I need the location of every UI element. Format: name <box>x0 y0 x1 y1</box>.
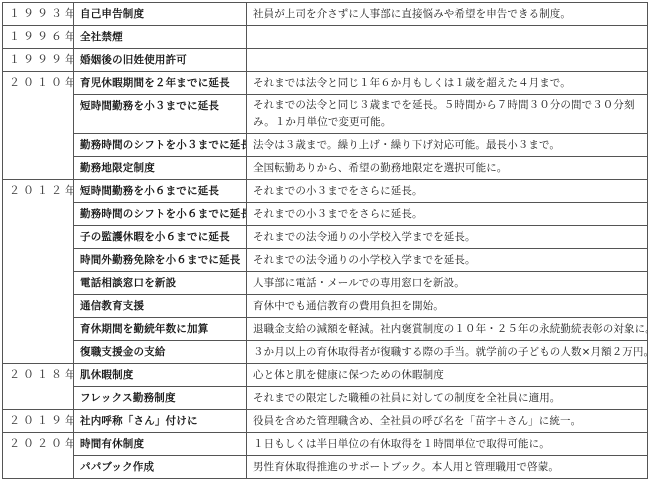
description-cell <box>247 49 648 72</box>
policy-cell: 社内呼称「さん」付けに <box>74 410 247 433</box>
policy-cell: 子の監護休暇を小６までに延長 <box>74 226 247 249</box>
description-cell: ３か月以上の育休取得者が復職する際の手当。就学前の子どもの人数×月額２万円。 <box>247 341 648 364</box>
policy-cell: 勤務時間のシフトを小３までに延長 <box>74 134 247 157</box>
year-cell: ２０１０年 <box>3 72 74 180</box>
description-cell: 社員が上司を介さずに人事部に直接悩みや希望を申告できる制度。 <box>247 3 648 26</box>
policy-cell: 通信教育支援 <box>74 295 247 318</box>
table-row: ２０１９年社内呼称「さん」付けに役員を含めた管理職含め、全社員の呼び名を「苗字＋… <box>3 410 648 433</box>
description-cell: それまでの限定した職種の社員に対しての制度を全社員に適用。 <box>247 387 648 410</box>
year-cell: ２０１９年 <box>3 410 74 433</box>
description-cell: それまでの法令通りの小学校入学までを延長。 <box>247 226 648 249</box>
policy-cell: フレックス勤務制度 <box>74 387 247 410</box>
policy-cell: 復職支援金の支給 <box>74 341 247 364</box>
table-row: 短時間勤務を小３までに延長それまでの法令と同じ３歳までを延長。５時間から７時間３… <box>3 95 648 134</box>
year-cell: ２０２０年 <box>3 433 74 479</box>
description-cell: それまでは法令と同じ１年６か月もしくは１歳を超えた４月まで。 <box>247 72 648 95</box>
policy-cell: 時間外勤務免除を小６までに延長 <box>74 249 247 272</box>
description-cell: 法令は３歳まで。繰り上げ・繰り下げ対応可能。最長小３まで。 <box>247 134 648 157</box>
table-row: ２０１２年短時間勤務を小６までに延長それまでの小３までをさらに延長。 <box>3 180 648 203</box>
year-cell: ２０１２年 <box>3 180 74 364</box>
policy-cell: 時間有休制度 <box>74 433 247 456</box>
table-row: 通信教育支援育休中でも通信教育の費用負担を開始。 <box>3 295 648 318</box>
description-cell: それまでの小３までをさらに延長。 <box>247 180 648 203</box>
policy-cell: 婚姻後の旧姓使用許可 <box>74 49 247 72</box>
description-cell: 心と体と肌を健康に保つための休暇制度 <box>247 364 648 387</box>
table-row: 子の監護休暇を小６までに延長それまでの法令通りの小学校入学までを延長。 <box>3 226 648 249</box>
description-cell: １日もしくは半日単位の有休取得を１時間単位で取得可能に。 <box>247 433 648 456</box>
policy-cell: 肌休暇制度 <box>74 364 247 387</box>
policy-cell: 育休期間を勤続年数に加算 <box>74 318 247 341</box>
table-row: １９９６年全社禁煙 <box>3 26 648 49</box>
table-row: 電話相談窓口を新設人事部に電話・メールでの専用窓口を新設。 <box>3 272 648 295</box>
table-row: パパブック作成男性育休取得推進のサポートブック。本人用と管理職用で啓蒙。 <box>3 456 648 479</box>
table-row: フレックス勤務制度それまでの限定した職種の社員に対しての制度を全社員に適用。 <box>3 387 648 410</box>
year-cell: １９９３年 <box>3 3 74 26</box>
policy-cell: 勤務地限定制度 <box>74 157 247 180</box>
policy-cell: 育児休暇期間を２年までに延長 <box>74 72 247 95</box>
table-row: ２０２０年時間有休制度１日もしくは半日単位の有休取得を１時間単位で取得可能に。 <box>3 433 648 456</box>
description-cell: それまでの小３までをさらに延長。 <box>247 203 648 226</box>
description-cell: それまでの法令通りの小学校入学までを延長。 <box>247 249 648 272</box>
description-cell: 全国転勤ありから、希望の勤務地限定を選択可能に。 <box>247 157 648 180</box>
description-cell: 退職金支給の減額を軽減。社内褒賞制度の１０年・２５年の永続勤続表彰の対象に。 <box>247 318 648 341</box>
year-cell: １９９６年 <box>3 26 74 49</box>
policy-timeline-table: １９９３年自己申告制度社員が上司を介さずに人事部に直接悩みや希望を申告できる制度… <box>2 2 648 479</box>
policy-cell: 自己申告制度 <box>74 3 247 26</box>
policy-cell: パパブック作成 <box>74 456 247 479</box>
table-row: 勤務地限定制度全国転勤ありから、希望の勤務地限定を選択可能に。 <box>3 157 648 180</box>
description-cell: 育休中でも通信教育の費用負担を開始。 <box>247 295 648 318</box>
table-row: １９９９年婚姻後の旧姓使用許可 <box>3 49 648 72</box>
policy-cell: 短時間勤務を小６までに延長 <box>74 180 247 203</box>
policy-cell: 短時間勤務を小３までに延長 <box>74 95 247 134</box>
description-cell <box>247 26 648 49</box>
table-row: 復職支援金の支給３か月以上の育休取得者が復職する際の手当。就学前の子どもの人数×… <box>3 341 648 364</box>
table-row: １９９３年自己申告制度社員が上司を介さずに人事部に直接悩みや希望を申告できる制度… <box>3 3 648 26</box>
year-cell: １９９９年 <box>3 49 74 72</box>
table-row: 勤務時間のシフトを小３までに延長法令は３歳まで。繰り上げ・繰り下げ対応可能。最長… <box>3 134 648 157</box>
description-cell: 人事部に電話・メールでの専用窓口を新設。 <box>247 272 648 295</box>
year-cell: ２０１８年 <box>3 364 74 410</box>
policy-cell: 全社禁煙 <box>74 26 247 49</box>
table-row: 時間外勤務免除を小６までに延長それまでの法令通りの小学校入学までを延長。 <box>3 249 648 272</box>
table-row: ２０１０年育児休暇期間を２年までに延長それまでは法令と同じ１年６か月もしくは１歳… <box>3 72 648 95</box>
table-body: １９９３年自己申告制度社員が上司を介さずに人事部に直接悩みや希望を申告できる制度… <box>3 3 648 479</box>
description-cell: それまでの法令と同じ３歳までを延長。５時間から７時間３０分の間で３０分刻み。１か… <box>247 95 648 134</box>
policy-cell: 電話相談窓口を新設 <box>74 272 247 295</box>
table-row: 勤務時間のシフトを小６までに延長それまでの小３までをさらに延長。 <box>3 203 648 226</box>
table-row: ２０１８年肌休暇制度心と体と肌を健康に保つための休暇制度 <box>3 364 648 387</box>
policy-cell: 勤務時間のシフトを小６までに延長 <box>74 203 247 226</box>
table-row: 育休期間を勤続年数に加算退職金支給の減額を軽減。社内褒賞制度の１０年・２５年の永… <box>3 318 648 341</box>
description-cell: 役員を含めた管理職含め、全社員の呼び名を「苗字＋さん」に統一。 <box>247 410 648 433</box>
description-cell: 男性育休取得推進のサポートブック。本人用と管理職用で啓蒙。 <box>247 456 648 479</box>
